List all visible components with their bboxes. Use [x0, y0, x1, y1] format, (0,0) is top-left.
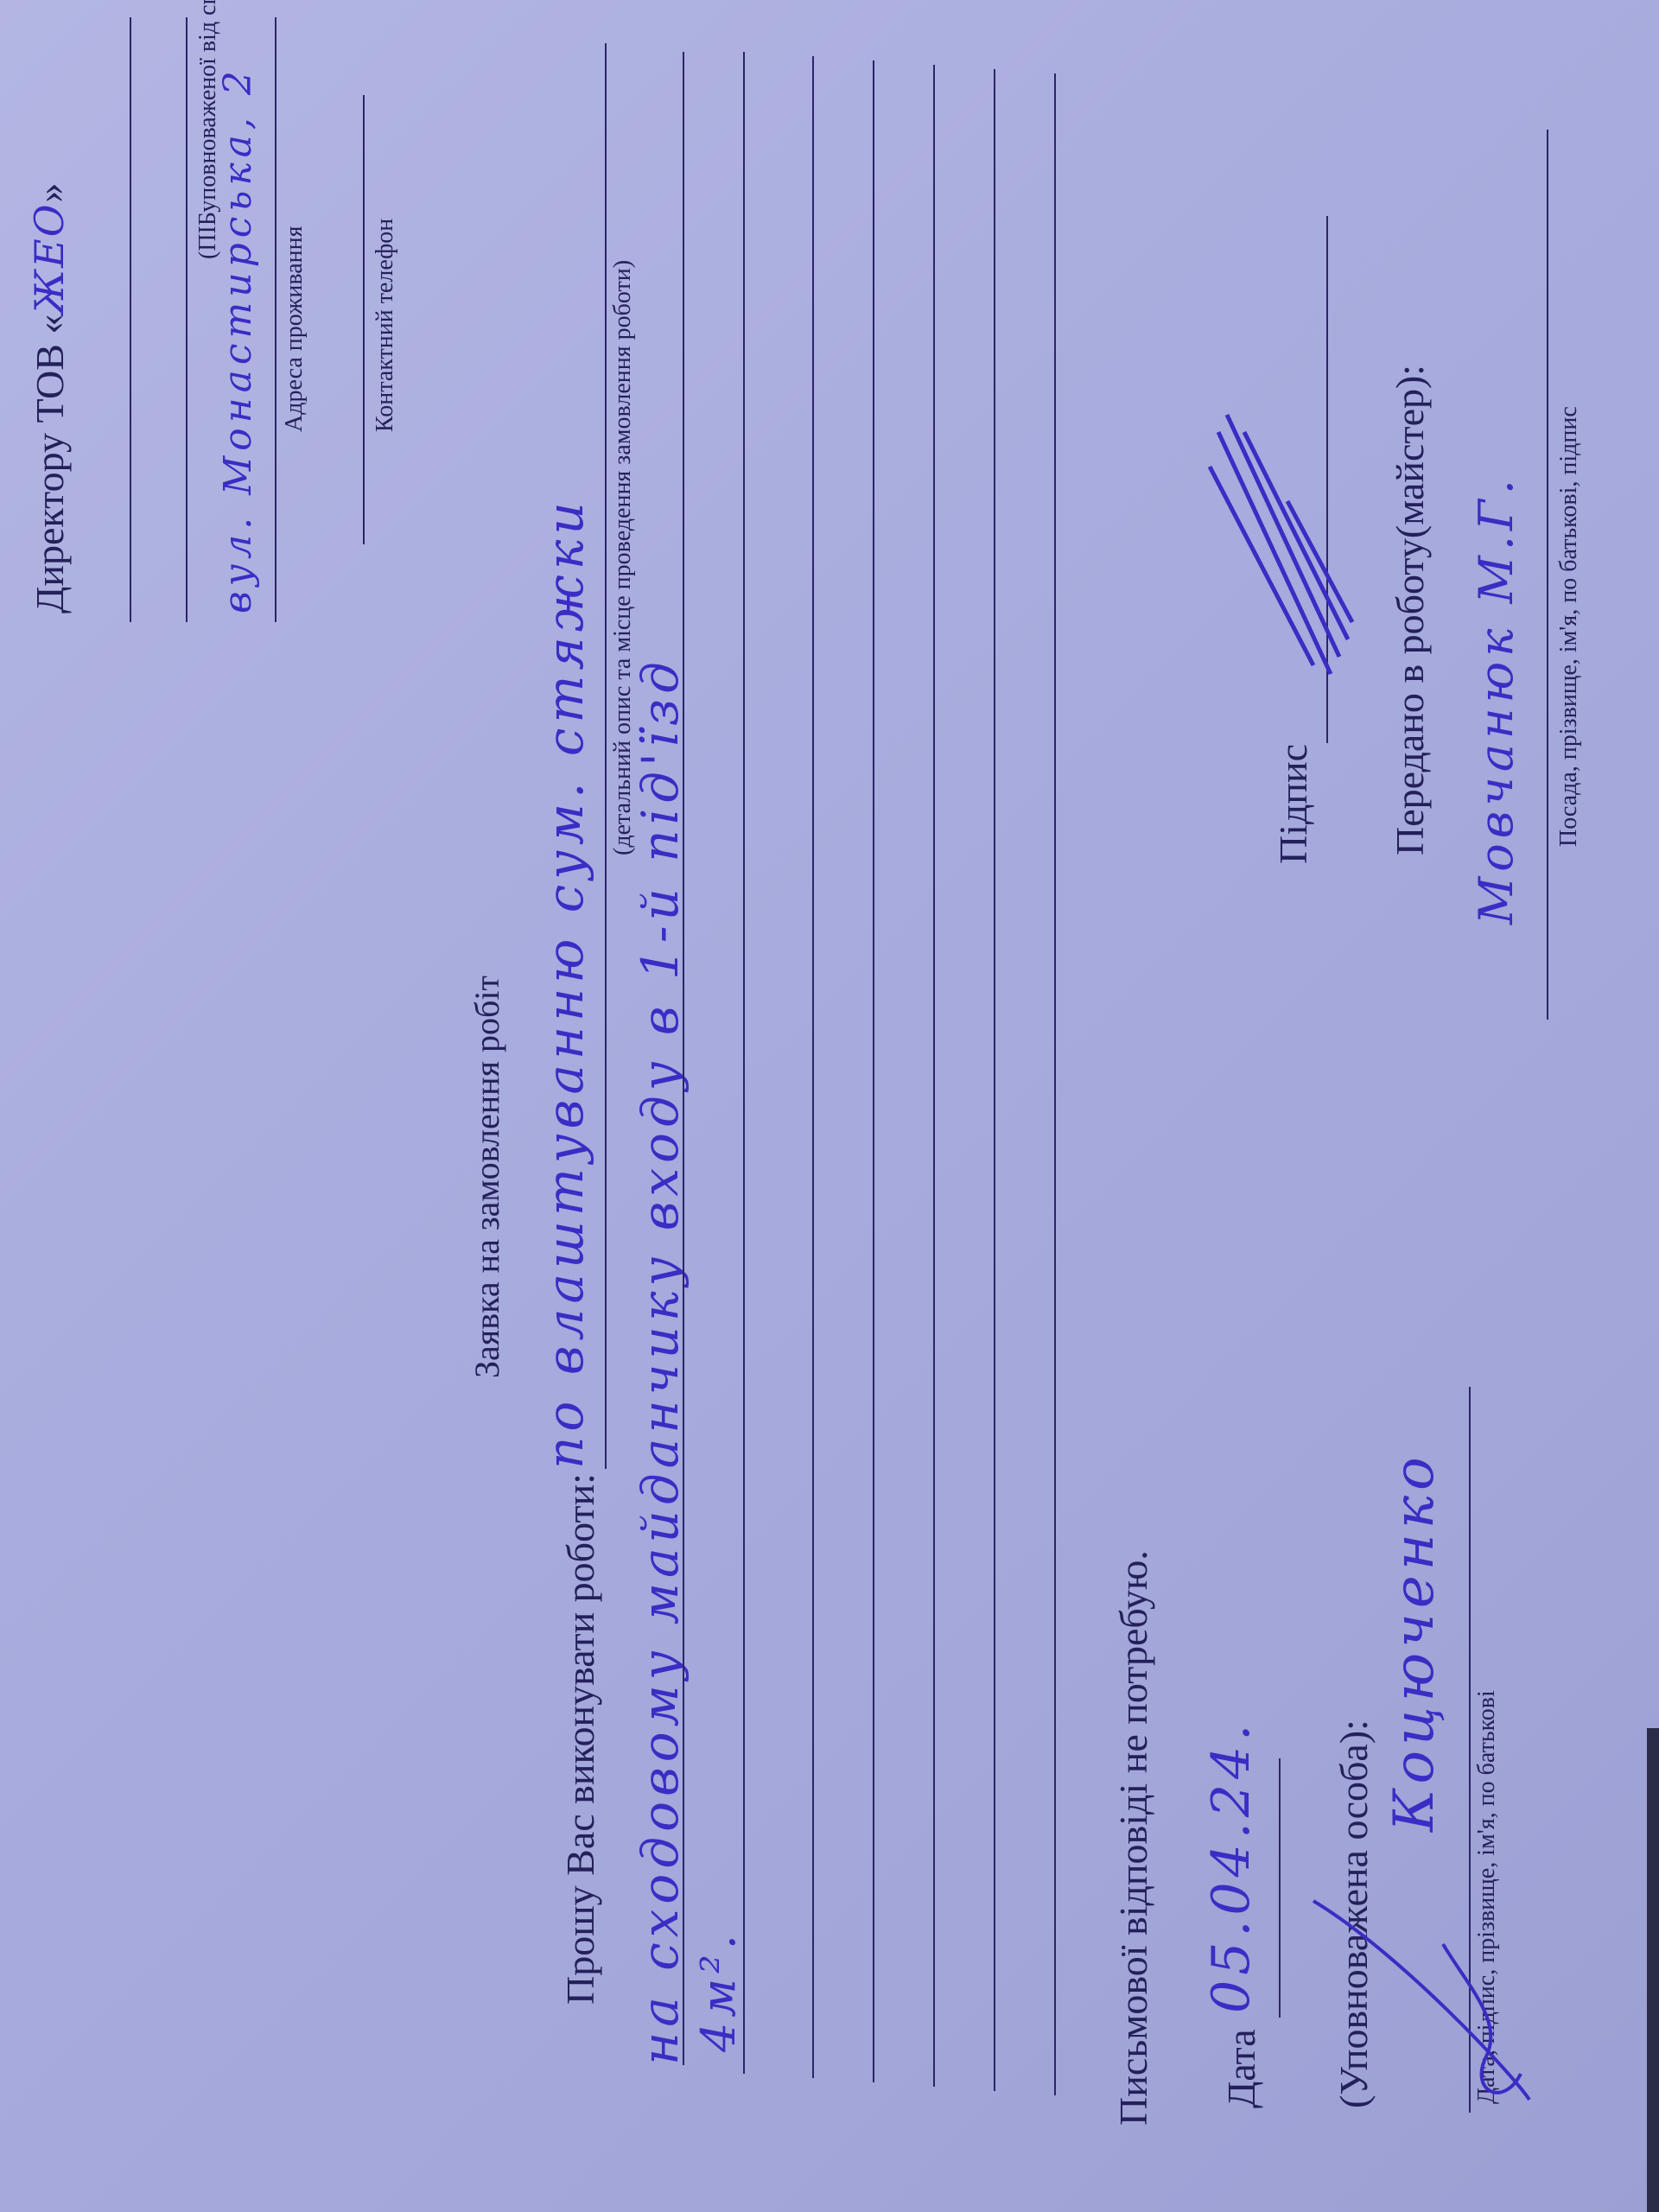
request-line-2: на сходовому майданчику входу в 1-й під'…	[631, 657, 690, 2065]
request-line-rule-5	[873, 60, 874, 2082]
address-label: Адреса проживання	[281, 226, 308, 432]
phone-line	[363, 95, 365, 544]
request-line-rule-4	[812, 56, 814, 2078]
handed-over-line	[1547, 130, 1548, 1020]
handed-over-line-label: Посада, прізвище, ім'я, по батькові, під…	[1555, 406, 1583, 847]
phone-label: Контактний телефон	[372, 219, 399, 432]
request-line-rule-1	[605, 43, 607, 1469]
handed-over-label: Передано в роботу(майстер):	[1387, 365, 1433, 855]
addressee-suffix: »	[28, 183, 72, 203]
request-line-rule-2	[683, 52, 684, 2065]
owner-name-line-2	[186, 17, 188, 622]
no-written-reply: Письмової відповіді не потребую.	[1110, 1550, 1156, 2126]
company-name-handwritten: ЖЕО	[26, 203, 73, 315]
addressee-prefix: Директору ТОВ «	[28, 315, 72, 613]
request-line-rule-6	[933, 65, 935, 2087]
date-value: 05.04.24.	[1201, 1719, 1262, 2013]
table-edge	[1647, 1728, 1659, 2212]
date-line	[1279, 1758, 1281, 2018]
owner-name-line-1	[130, 17, 131, 622]
signature-scribble	[1192, 397, 1365, 691]
request-form: Директору ТОВ «ЖЕО» (ПІБуповноваженої ві…	[0, 0, 1659, 2212]
request-line-1: по влаштуванню сум. стяжки	[536, 497, 594, 1469]
request-label: Прошу Вас виконувати роботи:	[557, 1473, 603, 2005]
request-line-rule-7	[994, 69, 995, 2091]
signature-label: Підпис	[1270, 744, 1316, 864]
addressee-line: Директору ТОВ «ЖЕО»	[26, 183, 73, 613]
authorized-signature	[1296, 1849, 1555, 2126]
handed-over-name: Мовчанюк М.Г.	[1469, 474, 1523, 925]
request-line-rule-3	[743, 52, 745, 2074]
request-line-3: 4м².	[691, 1929, 746, 2052]
address-line	[275, 17, 276, 622]
authorized-person-name: Коцюченко	[1382, 1452, 1446, 1832]
date-label: Дата	[1218, 2029, 1264, 2108]
address-handwritten: вул. Монастирська, 2	[216, 66, 260, 613]
form-title: Заявка на замовлення робіт	[467, 976, 507, 1378]
request-line-rule-8	[1054, 73, 1056, 2095]
